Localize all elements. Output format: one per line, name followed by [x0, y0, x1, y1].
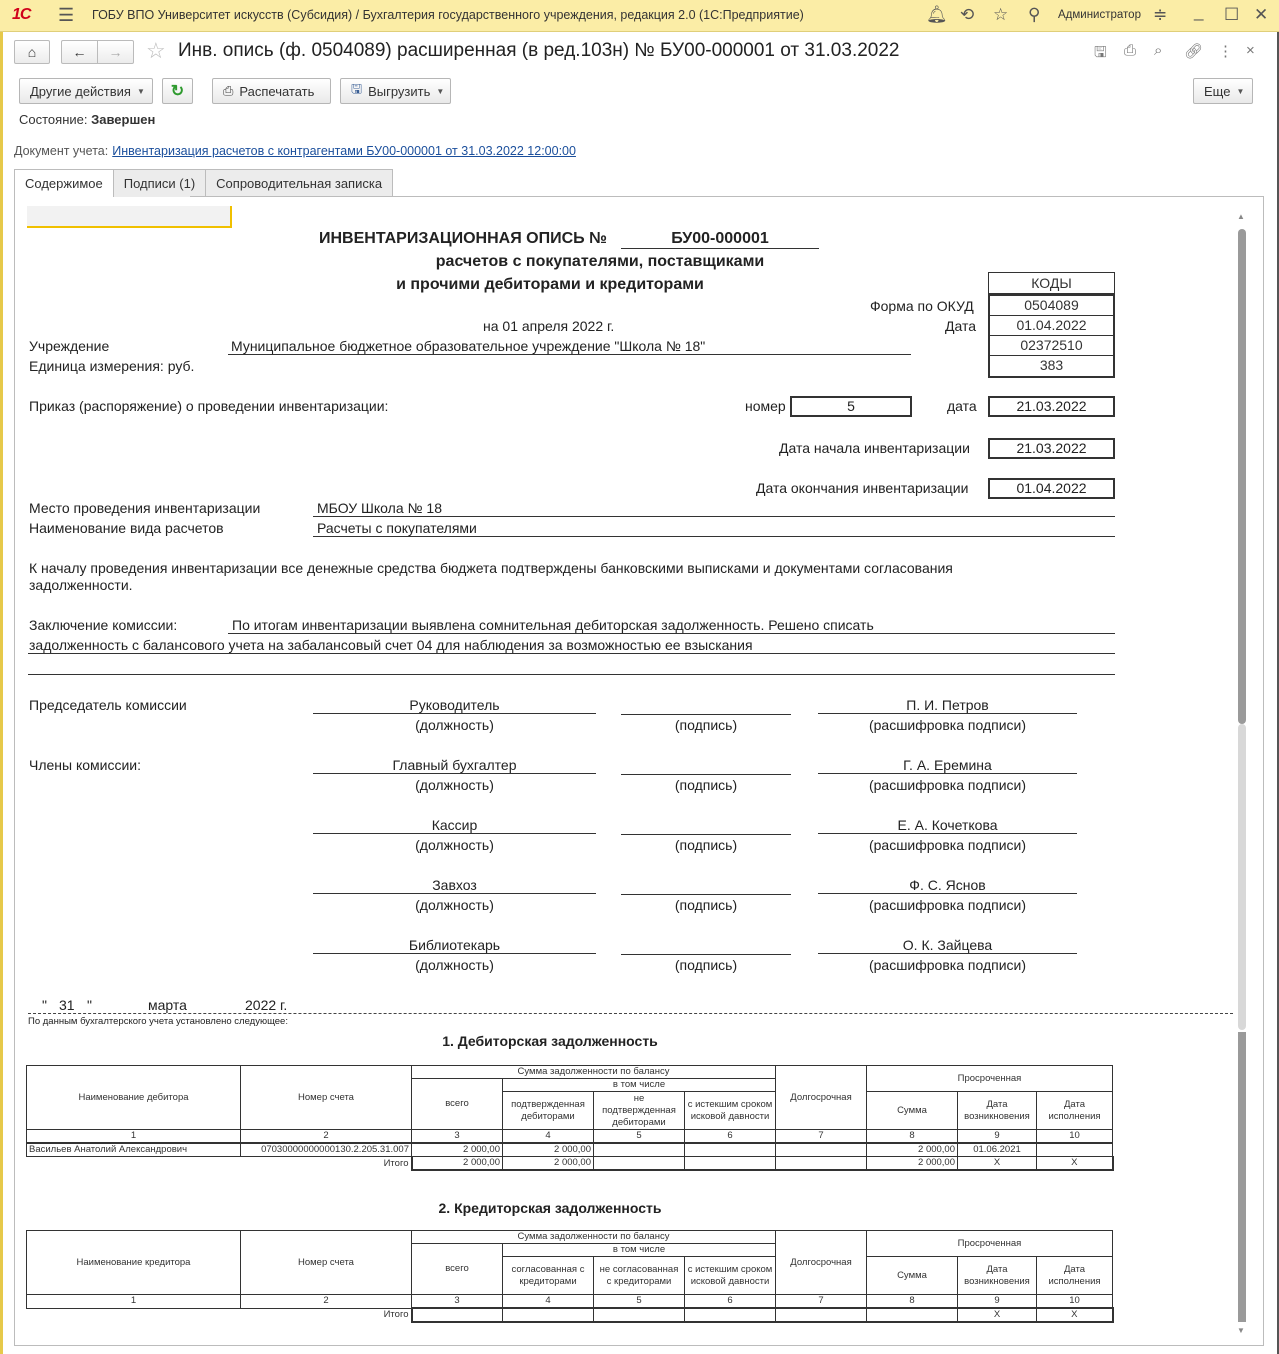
- order-label: Приказ (распоряжение) о проведении инвен…: [29, 398, 388, 414]
- signer-position-caption: (должность): [313, 777, 596, 793]
- main-menu-icon[interactable]: ☰: [58, 5, 74, 26]
- more-label: Еще: [1204, 84, 1230, 99]
- maximize-icon[interactable]: ☐: [1224, 5, 1239, 25]
- creditors-table: Наименование кредитора Номер счета Сумма…: [26, 1230, 1114, 1323]
- total-cell: 2 000,00: [412, 1157, 503, 1171]
- code-okud: 0504089: [990, 296, 1113, 316]
- col-number: 4: [503, 1130, 594, 1144]
- settings-menu-icon[interactable]: ≑: [1153, 5, 1167, 25]
- col-date-due-header: Дата исполнения: [1037, 1092, 1113, 1130]
- paragraph-line-1: К началу проведения инвентаризации все д…: [29, 560, 953, 576]
- total-cell: X: [958, 1157, 1037, 1171]
- signer-signature-line: [621, 697, 791, 715]
- scroll-down-icon[interactable]: ▼: [1237, 1326, 1245, 1335]
- signer-position-caption: (должность): [313, 897, 596, 913]
- refresh-icon: ↻: [171, 81, 184, 101]
- tab-cover-letter[interactable]: Сопроводительная записка: [205, 169, 393, 197]
- total-cell: [867, 1308, 958, 1322]
- link-icon[interactable]: 🔗︎: [1184, 42, 1203, 60]
- signer-name-caption: (расшифровка подписи): [818, 897, 1077, 913]
- col-number: 10: [1037, 1295, 1113, 1309]
- codes-box: КОДЫ 0504089 01.04.2022 02372510 383: [988, 272, 1115, 378]
- col-number: 2: [241, 1295, 412, 1309]
- signer-position: Завхоз: [313, 877, 596, 894]
- col-number: 1: [27, 1295, 241, 1309]
- col-name-header: Наименование кредитора: [27, 1231, 241, 1295]
- print-button[interactable]: ⎙Распечатать: [212, 78, 331, 104]
- start-date-label: Дата начала инвентаризации: [779, 440, 970, 456]
- total-cell: X: [1037, 1308, 1113, 1322]
- scrollbar-thumb-lower[interactable]: [1238, 1032, 1246, 1322]
- other-actions-label: Другие действия: [30, 84, 131, 99]
- table-cell: [776, 1143, 867, 1157]
- table-cell: 2 000,00: [503, 1143, 594, 1157]
- col-number: 3: [412, 1295, 503, 1309]
- total-cell: 2 000,00: [867, 1157, 958, 1171]
- signer-name-caption: (расшифровка подписи): [818, 777, 1077, 793]
- arrow-right-icon: →: [109, 44, 123, 60]
- conclusion-line-3: [28, 657, 1115, 675]
- page-title: Инв. опись (ф. 0504089) расширенная (в р…: [178, 40, 900, 62]
- table-cell: [594, 1143, 685, 1157]
- printer-icon: ⎙: [223, 83, 233, 99]
- signer-signature-caption: (подпись): [621, 837, 791, 853]
- signer-name: Ф. С. Яснов: [818, 877, 1077, 894]
- conclusion-line-2: задолженность с балансового учета на заб…: [28, 637, 1115, 654]
- table-cell: 2 000,00: [867, 1143, 958, 1157]
- doc-number: БУ00-000001: [621, 230, 819, 249]
- status-label: Состояние:: [19, 112, 87, 127]
- app-title: ГОБУ ВПО Университет искусств (Субсидия)…: [92, 8, 804, 22]
- arrow-left-icon: ←: [73, 44, 87, 60]
- codes-header: КОДЫ: [988, 272, 1115, 294]
- refresh-button[interactable]: ↻: [162, 78, 193, 104]
- signer-signature-line: [621, 937, 791, 955]
- signer-position-caption: (должность): [313, 837, 596, 853]
- total-cell: [594, 1157, 685, 1171]
- overdue-group-header: Просроченная: [867, 1231, 1113, 1257]
- paragraph-line-2: задолженности.: [29, 577, 133, 593]
- window-titlebar: 1С ☰ ГОБУ ВПО Университет искусств (Субс…: [0, 0, 1279, 32]
- conclusion-line-1: По итогам инвентаризации выявлена сомнит…: [228, 617, 1115, 634]
- col-number: 3: [412, 1130, 503, 1144]
- col-number: 6: [685, 1130, 776, 1144]
- scrollbar-thumb[interactable]: [1238, 229, 1246, 724]
- col-longterm-header: Долгосрочная: [776, 1066, 867, 1130]
- col-number: 7: [776, 1130, 867, 1144]
- tab-bar: Содержимое Подписи (1) Сопроводительная …: [14, 169, 392, 197]
- chair-label: Председатель комиссии: [29, 697, 187, 713]
- signer-name-caption: (расшифровка подписи): [818, 837, 1077, 853]
- col-number: 7: [776, 1295, 867, 1309]
- total-cell: 2 000,00: [503, 1157, 594, 1171]
- unit-label: Единица измерения: руб.: [29, 358, 194, 374]
- col-number: 1: [27, 1130, 241, 1144]
- total-cell: [685, 1308, 776, 1322]
- signer-signature-line: [621, 817, 791, 835]
- date-quote-close: ": [87, 997, 92, 1013]
- col-number: 9: [958, 1130, 1037, 1144]
- docref-label: Документ учета:: [14, 144, 108, 158]
- signer-position-caption: (должность): [313, 717, 596, 733]
- total-cell: [776, 1157, 867, 1171]
- close-window-icon[interactable]: ✕: [1254, 5, 1268, 25]
- accounting-note: По данным бухгалтерского учета установле…: [28, 1016, 288, 1027]
- kind-value: Расчеты с покупателями: [313, 520, 1115, 537]
- total-cell: X: [1037, 1157, 1113, 1171]
- debtors-section-title: 1. Дебиторская задолженность: [330, 1033, 770, 1049]
- search-icon[interactable]: ⚲: [1028, 5, 1040, 25]
- bell-icon[interactable]: 🔔︎: [926, 5, 948, 25]
- date-day: 31: [59, 997, 75, 1013]
- total-cell: [412, 1308, 503, 1322]
- end-date: 01.04.2022: [988, 478, 1115, 499]
- scrollbar-track[interactable]: [1238, 724, 1246, 1030]
- total-cell: [776, 1308, 867, 1322]
- date-label: Дата: [945, 318, 976, 334]
- balance-group-header: Сумма задолженности по балансу: [412, 1231, 776, 1244]
- place-value: МБОУ Школа № 18: [313, 500, 1115, 517]
- tab-content[interactable]: Содержимое: [14, 169, 114, 197]
- signer-signature-caption: (подпись): [621, 897, 791, 913]
- col-number: 8: [867, 1295, 958, 1309]
- col-total-header: всего: [412, 1079, 503, 1130]
- col-account-header: Номер счета: [241, 1231, 412, 1295]
- selected-cell[interactable]: [27, 206, 232, 228]
- col-expired-header: с истекшим сроком исковой давности: [685, 1257, 776, 1295]
- col-date-due-header: Дата исполнения: [1037, 1257, 1113, 1295]
- end-date-label: Дата окончания инвентаризации: [756, 480, 968, 496]
- col-confirmed-header: подтвержденная дебиторами: [503, 1092, 594, 1130]
- date-month: марта: [148, 997, 187, 1013]
- signer-name: О. К. Зайцева: [818, 937, 1077, 954]
- signer-name-caption: (расшифровка подписи): [818, 957, 1077, 973]
- col-unconfirmed-header: не согласованная с кредиторами: [594, 1257, 685, 1295]
- col-unconfirmed-header: не подтвержденная дебиторами: [594, 1092, 685, 1130]
- dropdown-caret-icon: ▼: [436, 87, 444, 96]
- forward-button[interactable]: →: [97, 40, 134, 64]
- signer-signature-caption: (подпись): [621, 717, 791, 733]
- col-name-header: Наименование дебитора: [27, 1066, 241, 1130]
- order-date-label: дата: [947, 398, 977, 414]
- signer-position-caption: (должность): [313, 957, 596, 973]
- col-number: 9: [958, 1295, 1037, 1309]
- more-button[interactable]: Еще▼: [1193, 78, 1253, 104]
- signer-name-caption: (расшифровка подписи): [818, 717, 1077, 733]
- members-label: Члены комиссии:: [29, 757, 141, 773]
- doc-subtitle-2: и прочими дебиторами и кредиторами: [250, 276, 850, 294]
- total-label: Итого: [27, 1157, 412, 1171]
- col-date-arise-header: Дата возникновения: [958, 1257, 1037, 1295]
- app-logo: 1С: [12, 6, 30, 24]
- institution-value: Муниципальное бюджетное образовательное …: [228, 338, 911, 355]
- back-button[interactable]: ←: [61, 40, 97, 64]
- dropdown-caret-icon: ▼: [137, 87, 145, 96]
- signer-name: Е. А. Кочеткова: [818, 817, 1077, 834]
- total-cell: [503, 1308, 594, 1322]
- order-number: 5: [790, 396, 912, 417]
- col-number: 2: [241, 1130, 412, 1144]
- signer-position: Библиотекарь: [313, 937, 596, 954]
- col-date-arise-header: Дата возникновения: [958, 1092, 1037, 1130]
- print-label: Распечатать: [239, 84, 314, 99]
- code-okei: 383: [990, 356, 1113, 376]
- code-date: 01.04.2022: [990, 316, 1113, 336]
- as-of-date: на 01 апреля 2022 г.: [483, 318, 614, 334]
- kind-label: Наименование вида расчетов: [29, 520, 224, 536]
- dropdown-caret-icon: ▼: [1236, 87, 1244, 96]
- home-icon: ⌂: [28, 44, 36, 60]
- signer-signature-line: [621, 757, 791, 775]
- signer-name: П. И. Петров: [818, 697, 1077, 714]
- table-cell: Васильев Анатолий Александрович: [27, 1143, 241, 1157]
- total-cell: [594, 1308, 685, 1322]
- page-break-line: [28, 1013, 1233, 1014]
- conclusion-label: Заключение комиссии:: [29, 617, 177, 633]
- including-header: в том числе: [503, 1244, 776, 1257]
- other-actions-button[interactable]: Другие действия▼: [19, 78, 153, 104]
- date-quote-open: ": [42, 997, 47, 1013]
- print-icon[interactable]: ⎙: [1124, 42, 1136, 59]
- star-icon[interactable]: ☆: [993, 5, 1008, 25]
- user-name[interactable]: Администратор: [1058, 9, 1141, 21]
- col-total-header: всего: [412, 1244, 503, 1295]
- floppy-icon: 🖫: [351, 80, 362, 102]
- including-header: в том числе: [503, 1079, 776, 1092]
- signer-signature-line: [621, 877, 791, 895]
- doc-subtitle-1: расчетов с покупателями, поставщиками: [300, 253, 900, 271]
- signer-position: Руководитель: [313, 697, 596, 714]
- favorite-star-icon[interactable]: ☆: [146, 38, 166, 64]
- table-cell: 2 000,00: [412, 1143, 503, 1157]
- table-cell: 07030000000000130.2.205.31.007: [241, 1143, 412, 1157]
- date-year: 2022 г.: [245, 997, 287, 1013]
- col-expired-header: с истекшим сроком исковой давности: [685, 1092, 776, 1130]
- col-confirmed-header: согласованная с кредиторами: [503, 1257, 594, 1295]
- docref-link[interactable]: Инвентаризация расчетов с контрагентами …: [112, 144, 576, 158]
- col-number: 5: [594, 1295, 685, 1309]
- order-number-label: номер: [745, 398, 786, 414]
- window-edge: [0, 32, 3, 1354]
- close-form-icon[interactable]: ×: [1246, 42, 1255, 59]
- save-icon[interactable]: 🖫: [1094, 42, 1107, 67]
- col-number: 5: [594, 1130, 685, 1144]
- total-label: Итого: [27, 1308, 412, 1322]
- code-okpo: 02372510: [990, 336, 1113, 356]
- history-icon[interactable]: ⟲: [960, 5, 974, 25]
- minimize-icon[interactable]: _: [1194, 2, 1203, 22]
- total-cell: [685, 1157, 776, 1171]
- okud-label: Форма по ОКУД: [870, 298, 974, 314]
- table-cell: [685, 1143, 776, 1157]
- balance-group-header: Сумма задолженности по балансу: [412, 1066, 776, 1079]
- table-cell: [1037, 1143, 1113, 1157]
- institution-label: Учреждение: [29, 338, 109, 354]
- signer-signature-caption: (подпись): [621, 957, 791, 973]
- more-vertical-icon[interactable]: ⋮: [1218, 42, 1233, 60]
- col-number: 6: [685, 1295, 776, 1309]
- col-longterm-header: Долгосрочная: [776, 1231, 867, 1295]
- col-number: 10: [1037, 1130, 1113, 1144]
- col-account-header: Номер счета: [241, 1066, 412, 1130]
- col-number: 8: [867, 1130, 958, 1144]
- start-date: 21.03.2022: [988, 438, 1115, 459]
- signer-name: Г. А. Еремина: [818, 757, 1077, 774]
- doc-title: ИНВЕНТАРИЗАЦИОННАЯ ОПИСЬ №: [319, 230, 607, 248]
- col-overdue-sum-header: Сумма: [867, 1092, 958, 1130]
- document-reference: Документ учета:Инвентаризация расчетов с…: [14, 144, 576, 158]
- total-cell: X: [958, 1308, 1037, 1322]
- signer-signature-caption: (подпись): [621, 777, 791, 793]
- order-date: 21.03.2022: [988, 396, 1115, 417]
- preview-icon[interactable]: ⌕: [1154, 42, 1162, 59]
- status-value: Завершен: [91, 112, 155, 127]
- export-button[interactable]: 🖫Выгрузить▼: [340, 78, 451, 104]
- overdue-group-header: Просроченная: [867, 1066, 1113, 1092]
- creditors-section-title: 2. Кредиторская задолженность: [330, 1200, 770, 1216]
- signer-position: Кассир: [313, 817, 596, 834]
- tab-signatures[interactable]: Подписи (1): [113, 169, 206, 197]
- debtors-table: Наименование дебитора Номер счета Сумма …: [26, 1065, 1114, 1171]
- col-number: 4: [503, 1295, 594, 1309]
- export-label: Выгрузить: [368, 84, 430, 99]
- signer-position: Главный бухгалтер: [313, 757, 596, 774]
- place-label: Место проведения инвентаризации: [29, 500, 260, 516]
- scroll-up-icon[interactable]: ▲: [1237, 212, 1245, 221]
- home-button[interactable]: ⌂: [14, 40, 50, 64]
- col-overdue-sum-header: Сумма: [867, 1257, 958, 1295]
- status-line: Состояние: Завершен: [19, 112, 155, 127]
- table-cell: 01.06.2021: [958, 1143, 1037, 1157]
